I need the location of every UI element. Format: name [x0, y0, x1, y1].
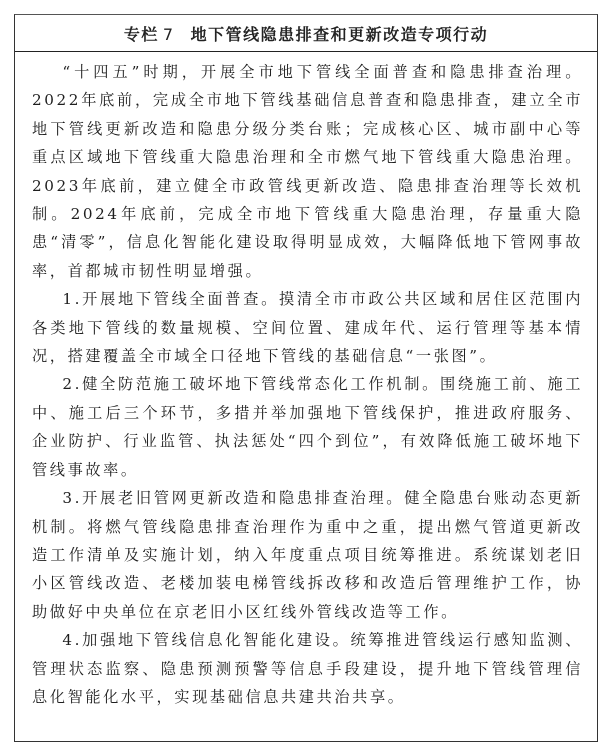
- panel-title: 地下管线隐患排查和更新改造专项行动: [191, 25, 489, 44]
- panel-label: 专栏: [124, 25, 159, 44]
- item-paragraph-1: 1.开展地下管线全面普查。摸清全市市政公共区域和居住区范围内各类地下管线的数量规…: [32, 285, 583, 370]
- box-body: “十四五”时期，开展全市地下管线全面普查和隐患排查治理。2022年底前，完成全市…: [15, 52, 597, 711]
- item-paragraph-4: 4.加强地下管线信息化智能化建设。统筹推进管线运行感知监测、管理状态监察、隐患预…: [32, 626, 583, 711]
- intro-paragraph: “十四五”时期，开展全市地下管线全面普查和隐患排查治理。2022年底前，完成全市…: [32, 58, 583, 285]
- box-title: 专栏7地下管线隐患排查和更新改造专项行动: [124, 22, 488, 45]
- item-paragraph-3: 3.开展老旧管网更新改造和隐患排查治理。健全隐患台账动态更新机制。将燃气管线隐患…: [32, 484, 583, 626]
- panel-number: 7: [163, 25, 175, 44]
- feature-box: 专栏7地下管线隐患排查和更新改造专项行动 “十四五”时期，开展全市地下管线全面普…: [14, 14, 598, 742]
- box-header: 专栏7地下管线隐患排查和更新改造专项行动: [15, 15, 597, 52]
- item-paragraph-2: 2.健全防范施工破坏地下管线常态化工作机制。围绕施工前、施工中、施工后三个环节，…: [32, 370, 583, 484]
